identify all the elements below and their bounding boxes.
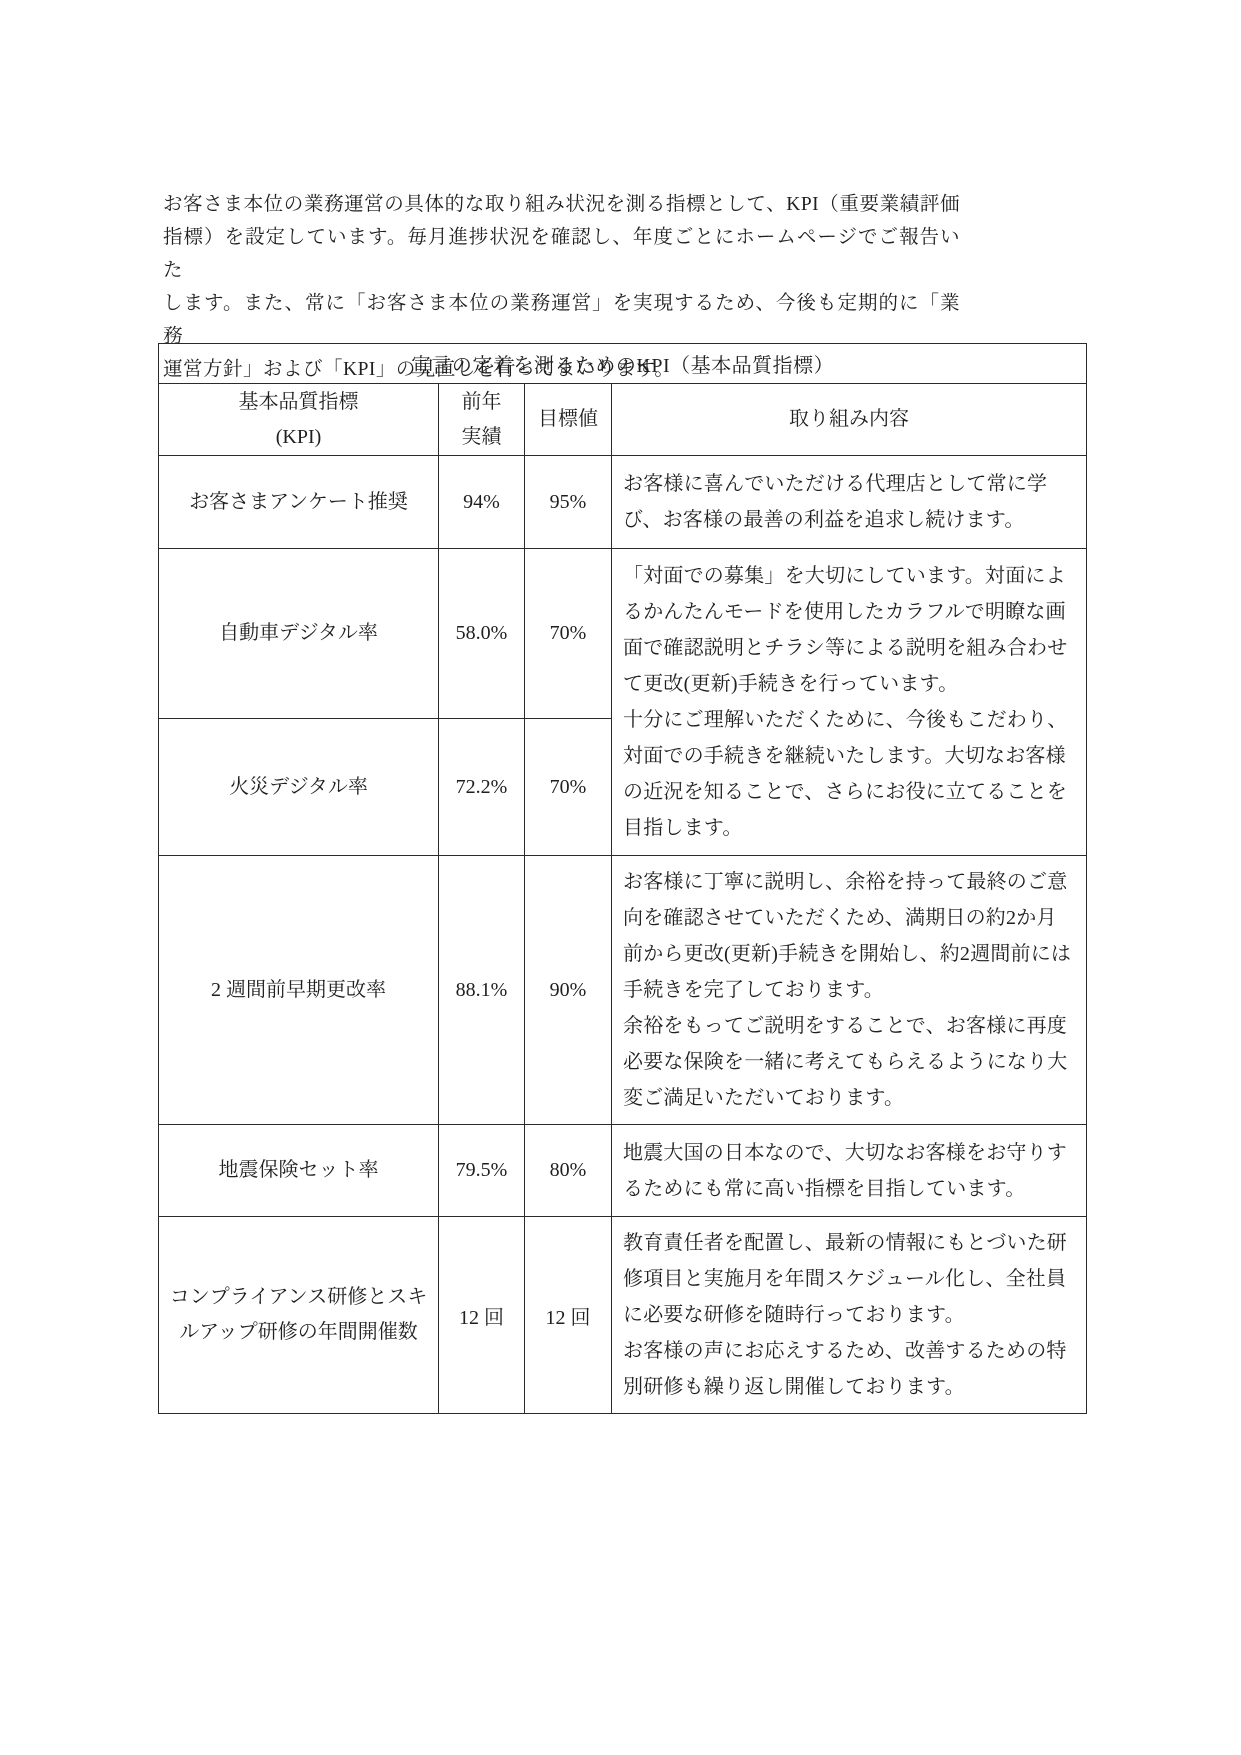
table-row: 自動車デジタル率 58.0% 70% 「対面での募集」を大切にしています。対面に… (159, 549, 1087, 719)
table-row: 2 週間前早期更改率 88.1% 90% お客様に丁寧に説明し、余裕を持って最終… (159, 856, 1087, 1125)
intro-line: お客さま本位の業務運営の具体的な取り組み状況を測る指標として、KPI（重要業績評… (163, 188, 960, 221)
previous-value-cell: 58.0% (439, 549, 525, 719)
initiative-detail-cell: お客様に丁寧に説明し、余裕を持って最終のご意向を確認させていただくため、満期日の… (612, 856, 1087, 1125)
target-value-cell: 80% (525, 1125, 612, 1217)
previous-value-cell: 79.5% (439, 1125, 525, 1217)
table-row: コンプライアンス研修とスキルアップ研修の年間開催数 12 回 12 回 教育責任… (159, 1217, 1087, 1414)
table-title-row: 宣言の定着を測るためのKPI（基本品質指標） (159, 344, 1087, 384)
kpi-name-cell: コンプライアンス研修とスキルアップ研修の年間開催数 (159, 1217, 439, 1414)
kpi-name-cell: 2 週間前早期更改率 (159, 856, 439, 1125)
target-value-cell: 95% (525, 456, 612, 549)
table-row: 地震保険セット率 79.5% 80% 地震大国の日本なので、大切なお客様をお守り… (159, 1125, 1087, 1217)
header-cell-kpi: 基本品質指標 (KPI) (159, 384, 439, 456)
initiative-detail-cell: 地震大国の日本なので、大切なお客様をお守りするためにも常に高い指標を目指していま… (612, 1125, 1087, 1217)
table-header-row: 基本品質指標 (KPI) 前年 実績 目標値 取り組み内容 (159, 384, 1087, 456)
target-value-cell: 70% (525, 719, 612, 856)
target-value-cell: 70% (525, 549, 612, 719)
initiative-detail-cell: 「対面での募集」を大切にしています。対面によるかんたんモードを使用したカラフルで… (612, 549, 1087, 856)
previous-value-cell: 94% (439, 456, 525, 549)
kpi-table: 宣言の定着を測るためのKPI（基本品質指標） 基本品質指標 (KPI) 前年 実… (158, 343, 1087, 1414)
kpi-name-cell: お客さまアンケート推奨 (159, 456, 439, 549)
previous-value-cell: 88.1% (439, 856, 525, 1125)
initiative-detail-cell: お客様に喜んでいただける代理店として常に学び、お客様の最善の利益を追求し続けます… (612, 456, 1087, 549)
document-page: お客さま本位の業務運営の具体的な取り組み状況を測る指標として、KPI（重要業績評… (0, 0, 1241, 1755)
intro-line: 指標）を設定しています。毎月進捗状況を確認し、年度ごとにホームページでご報告いた (163, 221, 960, 287)
table-row: お客さまアンケート推奨 94% 95% お客様に喜んでいただける代理店として常に… (159, 456, 1087, 549)
header-cell-initiatives: 取り組み内容 (612, 384, 1087, 456)
initiative-detail-cell: 教育責任者を配置し、最新の情報にもとづいた研修項目と実施月を年間スケジュール化し… (612, 1217, 1087, 1414)
header-cell-target: 目標値 (525, 384, 612, 456)
target-value-cell: 12 回 (525, 1217, 612, 1414)
kpi-name-cell: 自動車デジタル率 (159, 549, 439, 719)
previous-value-cell: 72.2% (439, 719, 525, 856)
kpi-name-cell: 地震保険セット率 (159, 1125, 439, 1217)
kpi-name-cell: 火災デジタル率 (159, 719, 439, 856)
header-cell-previous: 前年 実績 (439, 384, 525, 456)
table-title: 宣言の定着を測るためのKPI（基本品質指標） (159, 344, 1087, 384)
target-value-cell: 90% (525, 856, 612, 1125)
previous-value-cell: 12 回 (439, 1217, 525, 1414)
